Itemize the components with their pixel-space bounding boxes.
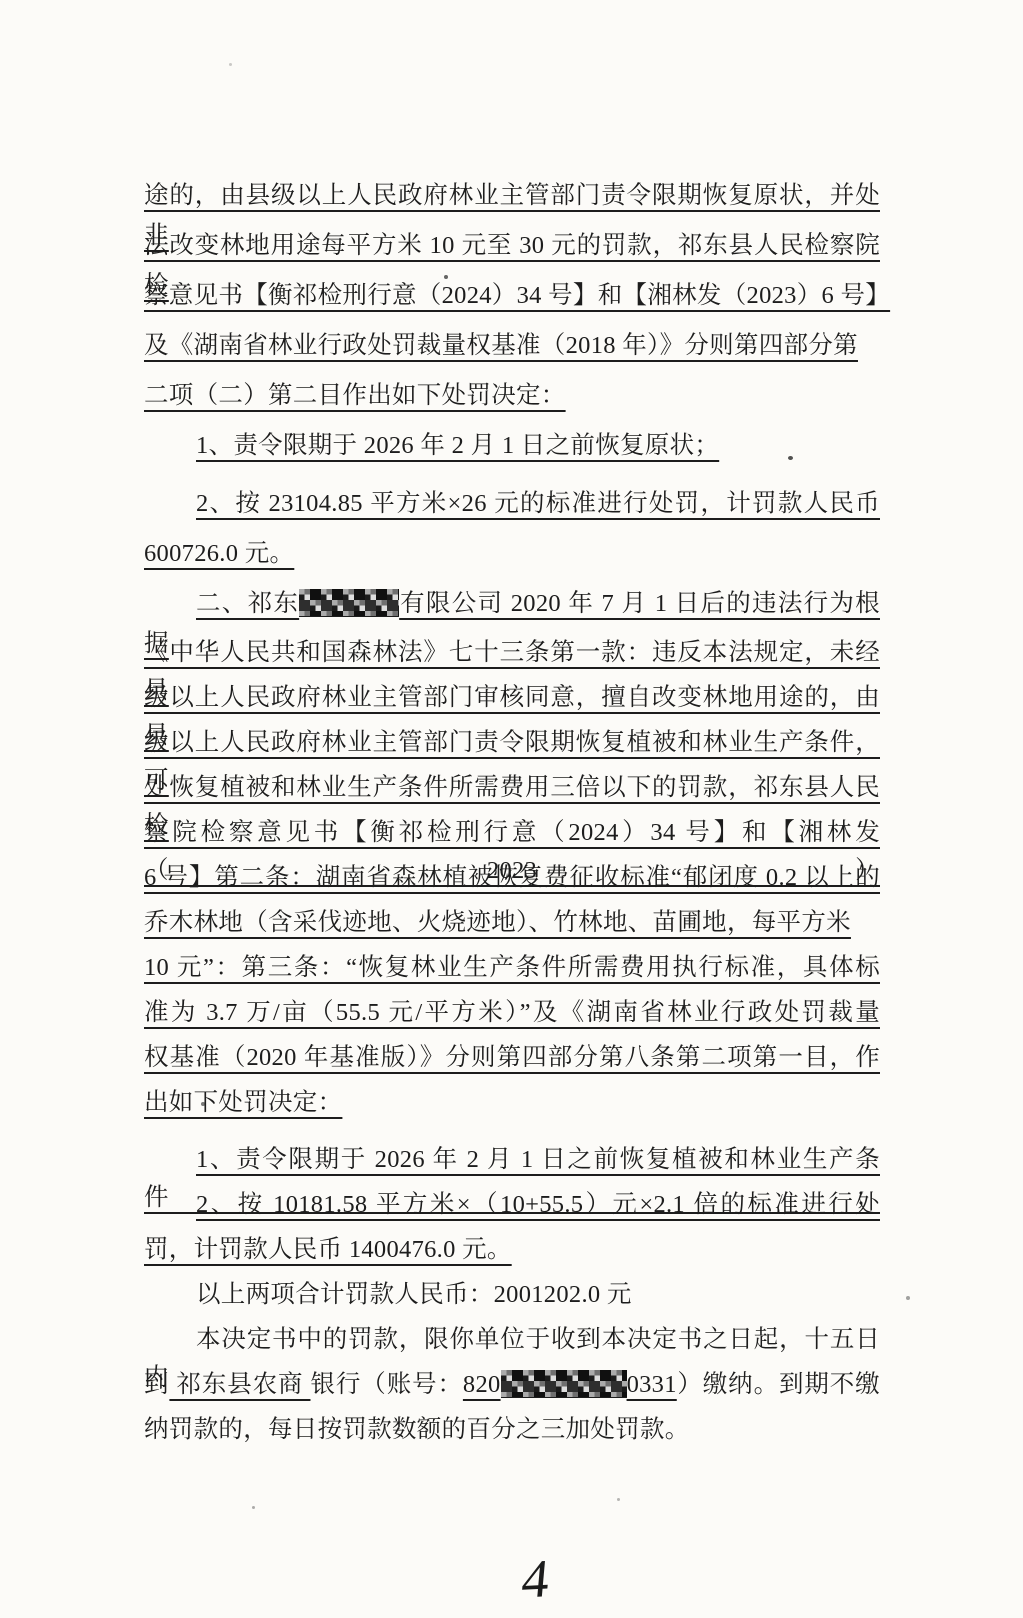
text-line: 6 号】第二条：湖南省森林植被恢复费征收标准“郁闭度 0.2 以上的 (144, 859, 880, 904)
text-line: 2、按 23104.85 平方米×26 元的标准进行处罚，计罚款人民币 (144, 484, 880, 534)
text-segment: 600726.0 元。 (144, 540, 294, 567)
text-segment: 2、按 23104.85 平方米×26 元的标准进行处罚，计罚款人民币 (196, 490, 880, 517)
text-segment: ）缴纳。到期不缴 (677, 1371, 880, 1398)
text-segment: 6 号】第二条：湖南省森林植被恢复费征收标准“郁闭度 0.2 以上的 (144, 864, 880, 891)
scan-speck (788, 456, 793, 460)
text-line: 级以上人民政府林业主管部门审核同意，擅自改变林地用途的，由县 (144, 679, 880, 724)
text-line: 权基准（2020 年基准版）》分则第四部分第八条第二项第一目，作 (144, 1039, 880, 1084)
text-line: 及《湖南省林业行政处罚裁量权基准（2018 年）》分则第四部分第 (144, 326, 880, 376)
text-line: 600726.0 元。 (144, 534, 880, 584)
text-line: 准为 3.7 万/亩（55.5 元/平方米）”及《湖南省林业行政处罚裁量 (144, 994, 880, 1039)
text-segment: 纳罚款的，每日按罚款数额的百分之三加处罚款。 (144, 1416, 690, 1443)
text-segment: 准为 3.7 万/亩（55.5 元/平方米）”及《湖南省林业行政处罚裁量 (144, 999, 880, 1026)
redacted-text (299, 589, 399, 617)
text-segment: 罚，计罚款人民币 1400476.0 元。 (144, 1236, 512, 1263)
text-segment: 1、责令限期于 2026 年 2 月 1 日之前恢复原状； (196, 432, 719, 459)
scan-speck (229, 63, 232, 66)
text-segment: 10 元”：第三条：“恢复林业生产条件所需费用执行标准，具体标 (144, 954, 880, 981)
text-line: 途的，由县级以上人民政府林业主管部门责令限期恢复原状，并处非 (144, 176, 880, 226)
text-line: 1、责令限期于 2026 年 2 月 1 日之前恢复原状； (144, 426, 880, 476)
text-line: 出如下处罚决定： (144, 1084, 880, 1129)
text-line: 《中华人民共和国森林法》七十三条第一款：违反本法规定，未经县 (144, 634, 880, 679)
text-line: 本决定书中的罚款，限你单位于收到本决定书之日起，十五日内 (144, 1321, 880, 1366)
scanned-document-page: 途的，由县级以上人民政府林业主管部门责令限期恢复原状，并处非法改变林地用途每平方… (0, 0, 1023, 1618)
text-segment: 二、祁东 (196, 590, 299, 617)
scan-speck (906, 1296, 910, 1300)
text-line: 以上两项合计罚款人民币：2001202.0 元 (144, 1276, 880, 1321)
text-line: 级以上人民政府林业主管部门责令限期恢复植被和林业生产条件，可 (144, 724, 880, 769)
text-line: 纳罚款的，每日按罚款数额的百分之三加处罚款。 (144, 1411, 880, 1456)
text-line: 察意见书【衡祁检刑行意（2024）34 号】和【湘林发（2023）6 号】 (144, 276, 880, 326)
text-segment: 祁东县农商 (169, 1371, 310, 1398)
scan-speck (617, 1498, 620, 1501)
text-segment: 0331 (627, 1371, 677, 1398)
text-segment: 到 (144, 1371, 169, 1398)
text-segment: 乔木林地（含采伐迹地、火烧迹地）、竹林地、苗圃地，每平方米 (144, 909, 851, 936)
text-line: 处恢复植被和林业生产条件所需费用三倍以下的罚款，祁东县人民检 (144, 769, 880, 814)
text-segment: 察意见书【衡祁检刑行意（2024）34 号】和【湘林发（2023）6 号】 (144, 282, 890, 309)
scan-speck (252, 1506, 255, 1509)
text-line: 到 祁东县农商 银行（账号：8200331）缴纳。到期不缴 (144, 1366, 880, 1411)
scan-speck (201, 1102, 205, 1106)
text-line: 二项（二）第二目作出如下处罚决定： (144, 376, 880, 426)
page-number: 4 (520, 1551, 552, 1606)
text-segment: 以上两项合计罚款人民币：2001202.0 元 (196, 1281, 632, 1308)
text-segment: 二项（二）第二目作出如下处罚决定： (144, 382, 566, 409)
text-segment: 银行（账号： (310, 1371, 462, 1398)
text-line: 罚，计罚款人民币 1400476.0 元。 (144, 1231, 880, 1276)
text-line: 10 元”：第三条：“恢复林业生产条件所需费用执行标准，具体标 (144, 949, 880, 994)
text-line: 乔木林地（含采伐迹地、火烧迹地）、竹林地、苗圃地，每平方米 (144, 904, 880, 949)
text-segment: 权基准（2020 年基准版）》分则第四部分第八条第二项第一目，作 (144, 1044, 880, 1071)
text-segment: 出如下处罚决定： (144, 1089, 342, 1116)
text-segment: 及《湖南省林业行政处罚裁量权基准（2018 年）》分则第四部分第 (144, 332, 858, 359)
text-line: 二、祁东有限公司 2020 年 7 月 1 日后的违法行为根据 (144, 584, 880, 634)
document-text: 途的，由县级以上人民政府林业主管部门责令限期恢复原状，并处非法改变林地用途每平方… (144, 176, 880, 1456)
text-line: 察院检察意见书【衡祁检刑行意（2024）34 号】和【湘林发（2023） (144, 814, 880, 859)
text-segment: 2、按 10181.58 平方米×（10+55.5）元×2.1 倍的标准进行处 (196, 1191, 880, 1218)
scan-speck (444, 275, 448, 279)
text-line: 1、责令限期于 2026 年 2 月 1 日之前恢复植被和林业生产条件； (144, 1141, 880, 1186)
text-segment: 820 (463, 1371, 501, 1398)
text-line: 法改变林地用途每平方米 10 元至 30 元的罚款，祁东县人民检察院检 (144, 226, 880, 276)
redacted-text (501, 1370, 627, 1398)
text-line: 2、按 10181.58 平方米×（10+55.5）元×2.1 倍的标准进行处 (144, 1186, 880, 1231)
